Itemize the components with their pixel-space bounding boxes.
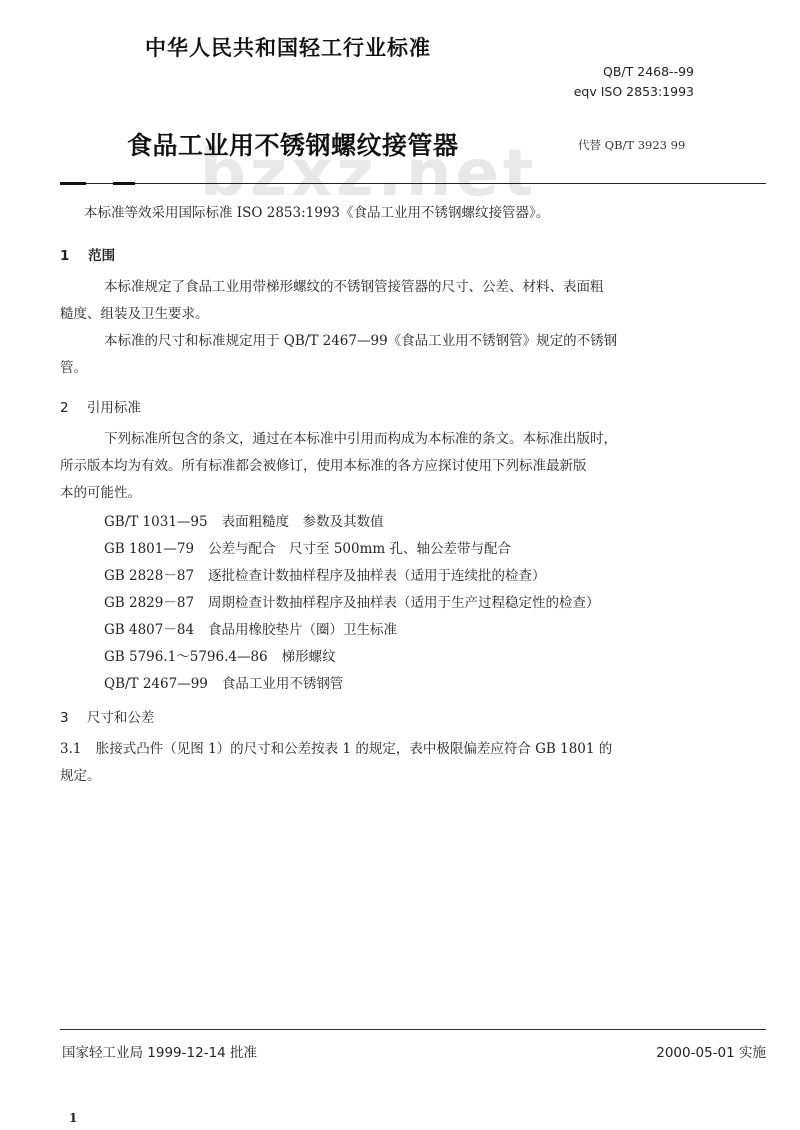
effective-date: 2000-05-01 实施 — [656, 1041, 766, 1061]
reference-code: GB 4807－84 — [104, 618, 194, 638]
section-number: 2 — [60, 400, 69, 416]
reference-item: GB/T 1031—95表面粗糙度 参数及其数值 — [104, 510, 384, 530]
section-1-paragraph-line: 管。 — [60, 355, 87, 382]
section-2-paragraph-line: 本的可能性。 — [60, 480, 141, 507]
reference-item: GB 5796.1～5796.4—86梯形螺纹 — [104, 645, 336, 665]
reference-title: 表面粗糙度 参数及其数值 — [222, 514, 384, 530]
replaces-standard: 代替 QB/T 3923 99 — [578, 137, 685, 153]
section-1-paragraph-line: 本标准规定了食品工业用带梯形螺纹的不锈钢管接管器的尺寸、公差、材料、表面粗 — [104, 274, 604, 301]
section-title: 范围 — [88, 248, 115, 264]
section-title: 引用标准 — [87, 400, 141, 416]
reference-item: GB 1801—79公差与配合 尺寸至 500mm 孔、轴公差带与配合 — [104, 537, 511, 557]
reference-item: GB 2828－87逐批检查计数抽样程序及抽样表（适用于连续批的检查） — [104, 564, 546, 584]
equivalent-standard: eqv ISO 2853:1993 — [574, 84, 694, 99]
reference-item: QB/T 2467—99食品工业用不锈钢管 — [104, 672, 343, 692]
document-title: 食品工业用不锈钢螺纹接管器 — [127, 126, 459, 162]
reference-title: 公差与配合 尺寸至 500mm 孔、轴公差带与配合 — [208, 541, 511, 557]
subsection-text: 胀接式凸件（见图 1）的尺寸和公差按表 1 的规定，表中极限偏差应符合 GB 1… — [96, 741, 613, 757]
intro-paragraph: 本标准等效采用国际标准 ISO 2853:1993《食品工业用不锈钢螺纹接管器》… — [84, 200, 549, 227]
footer-divider — [60, 1029, 766, 1030]
standard-category: 中华人民共和国轻工行业标准 — [145, 32, 431, 62]
section-2-heading: 2 引用标准 — [60, 396, 141, 416]
header-divider-mark — [60, 182, 86, 185]
reference-code: GB/T 1031—95 — [104, 514, 208, 530]
subsection-3-1-line: 3.1 胀接式凸件（见图 1）的尺寸和公差按表 1 的规定，表中极限偏差应符合 … — [60, 736, 612, 763]
reference-item: GB 4807－84食品用橡胶垫片（圈）卫生标准 — [104, 618, 397, 638]
section-2-paragraph-line: 所示版本均为有效。所有标准都会被修订，使用本标准的各方应探讨使用下列标准最新版 — [60, 453, 587, 480]
section-2-paragraph-line: 下列标准所包含的条文，通过在本标准中引用而构成为本标准的条文。本标准出版时， — [104, 426, 617, 453]
approval-info: 国家轻工业局 1999-12-14 批准 — [62, 1041, 257, 1061]
reference-title: 梯形螺纹 — [282, 649, 336, 665]
reference-code: GB 1801—79 — [104, 541, 194, 557]
section-title: 尺寸和公差 — [87, 710, 155, 726]
header-divider-mark — [113, 182, 135, 185]
reference-title: 逐批检查计数抽样程序及抽样表（适用于连续批的检查） — [208, 568, 546, 584]
reference-code: GB 2828－87 — [104, 564, 194, 584]
section-number: 1 — [60, 248, 69, 264]
reference-code: GB 5796.1～5796.4—86 — [104, 645, 268, 665]
header-divider — [60, 183, 766, 184]
reference-title: 食品用橡胶垫片（圈）卫生标准 — [208, 622, 397, 638]
section-3-heading: 3 尺寸和公差 — [60, 706, 154, 726]
section-1-paragraph-line: 糙度、组装及卫生要求。 — [60, 301, 209, 328]
section-number: 3 — [60, 710, 69, 726]
section-1-heading: 1 范围 — [60, 244, 115, 264]
reference-code: GB 2829－87 — [104, 591, 194, 611]
subsection-3-1-line: 规定。 — [60, 763, 101, 790]
reference-title: 食品工业用不锈钢管 — [222, 676, 344, 692]
reference-title: 周期检查计数抽样程序及抽样表（适用于生产过程稳定性的检查） — [208, 595, 600, 611]
reference-item: GB 2829－87周期检查计数抽样程序及抽样表（适用于生产过程稳定性的检查） — [104, 591, 600, 611]
page-number: 1 — [69, 1111, 77, 1125]
section-1-paragraph-line: 本标准的尺寸和标准规定用于 QB/T 2467—99《食品工业用不锈钢管》规定的… — [104, 328, 617, 355]
reference-code: QB/T 2467—99 — [104, 676, 208, 692]
standard-code: QB/T 2468--99 — [603, 64, 694, 79]
subsection-number: 3.1 — [60, 741, 81, 757]
